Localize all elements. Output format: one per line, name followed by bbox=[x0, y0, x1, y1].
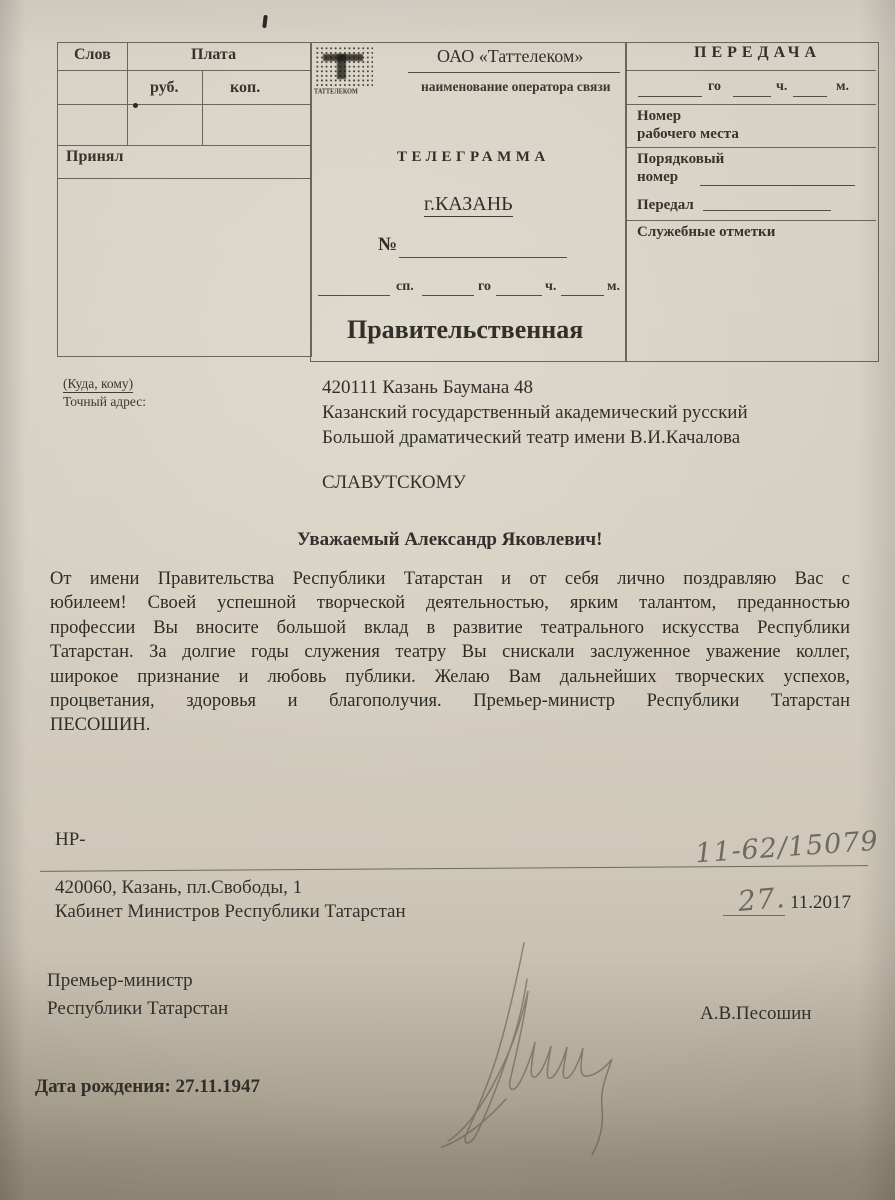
message-line: процветания, здоровья и благополучия. Пр… bbox=[50, 689, 850, 713]
message-line: Татарстан. За долгие годы служения театр… bbox=[50, 640, 850, 664]
message-line: От имени Правительства Республики Татарс… bbox=[50, 567, 850, 591]
city-text: г.КАЗАНЬ bbox=[424, 193, 513, 217]
transmitted-fill-line bbox=[703, 208, 831, 211]
transmission-title: ПЕРЕДАЧА bbox=[694, 44, 821, 62]
go-label: го bbox=[478, 279, 491, 295]
message-line: широкое признание и любовь публики. Жела… bbox=[50, 665, 850, 689]
message-line: юбилеем! Своей успешной творческой деяте… bbox=[50, 591, 850, 615]
ch-fill-line bbox=[496, 293, 542, 296]
hp-label: НР- bbox=[55, 829, 86, 851]
printed-month-year: 11.2017 bbox=[790, 892, 851, 914]
ink-dot bbox=[133, 103, 138, 108]
doc-type-title: ТЕЛЕГРАММА bbox=[397, 149, 550, 166]
footer-rule bbox=[40, 863, 868, 872]
address-line-1: 420111 Казань Баумана 48 bbox=[322, 377, 533, 399]
tariff-row-divider bbox=[58, 70, 310, 71]
sp-label: сп. bbox=[396, 279, 414, 295]
go-fill-line bbox=[422, 293, 474, 296]
message-line: профессии Вы вносите большой вклад в раз… bbox=[50, 616, 850, 640]
exact-address-label: Точный адрес: bbox=[63, 394, 146, 410]
kop-column-header: коп. bbox=[230, 79, 260, 97]
category-title: Правительственная bbox=[347, 315, 583, 345]
sender-address: 420060, Казань, пл.Свободы, 1 bbox=[55, 877, 302, 899]
tr-go-label: го bbox=[708, 79, 721, 95]
m-fill-line bbox=[561, 293, 604, 296]
serial-fill-line bbox=[700, 183, 855, 186]
tariff-col-divider bbox=[202, 70, 203, 145]
signer-title-2: Республики Татарстан bbox=[47, 998, 228, 1020]
tariff-col-divider bbox=[127, 42, 128, 145]
tr-ch-label: ч. bbox=[776, 79, 787, 95]
tariff-row-divider bbox=[58, 145, 310, 146]
salutation: Уважаемый Александр Яковлевич! bbox=[297, 529, 602, 551]
ch-label: ч. bbox=[545, 279, 556, 295]
transmission-divider bbox=[626, 104, 876, 105]
logo-t-stem bbox=[337, 54, 346, 79]
accepted-label: Принял bbox=[66, 148, 123, 166]
tr-m-fill-line bbox=[793, 94, 827, 97]
serial-number-label-2: номер bbox=[637, 169, 678, 186]
serial-number-label-1: Порядковый bbox=[637, 151, 724, 168]
address-line-3: Большой драматический театр имени В.И.Ка… bbox=[322, 427, 740, 449]
birth-date: Дата рождения: 27.11.1947 bbox=[35, 1076, 260, 1098]
pen-tick-mark bbox=[262, 15, 268, 28]
tattelecom-logo-icon bbox=[315, 46, 373, 86]
recipient-name: СЛАВУТСКОМУ bbox=[322, 472, 466, 494]
transmission-divider bbox=[626, 220, 876, 221]
m-label: м. bbox=[607, 279, 620, 295]
tariff-table bbox=[57, 42, 312, 357]
tariff-row-divider bbox=[58, 178, 310, 179]
message-body: От имени Правительства Республики Татарс… bbox=[50, 567, 850, 738]
rub-column-header: руб. bbox=[150, 79, 178, 97]
telegram-document: Слов Плата руб. коп. Принял ТАТТЕЛЕКОМ О… bbox=[0, 0, 895, 1200]
tr-ch-fill-line bbox=[733, 94, 771, 97]
sender-organization: Кабинет Министров Республики Татарстан bbox=[55, 901, 406, 923]
tr-m-label: м. bbox=[836, 79, 849, 95]
address-line-2: Казанский государственный академический … bbox=[322, 402, 748, 424]
number-sign: № bbox=[378, 234, 397, 256]
transmitted-label: Передал bbox=[637, 197, 694, 214]
handwritten-signature bbox=[420, 935, 660, 1165]
logo-caption: ТАТТЕЛЕКОМ bbox=[314, 88, 358, 96]
service-notes-label: Служебные отметки bbox=[637, 224, 775, 241]
operator-caption: наименование оператора связи bbox=[421, 79, 611, 95]
operator-underline bbox=[408, 70, 620, 73]
payment-column-header: Плата bbox=[191, 46, 236, 64]
words-column-header: Слов bbox=[74, 46, 111, 64]
tr-go-fill-line bbox=[638, 94, 702, 97]
sp-fill-line bbox=[318, 293, 390, 296]
transmission-divider bbox=[626, 70, 876, 71]
city-line: г.КАЗАНЬ bbox=[424, 193, 513, 216]
workplace-number-label-2: рабочего места bbox=[637, 126, 739, 143]
transmission-divider bbox=[626, 147, 876, 148]
date-underline bbox=[723, 913, 785, 916]
number-fill-line bbox=[399, 255, 567, 258]
signer-title-1: Премьер-министр bbox=[47, 970, 193, 992]
message-line: ПЕСОШИН. bbox=[50, 713, 850, 737]
where-to-label: (Куда, кому) bbox=[63, 376, 133, 392]
tariff-row-divider bbox=[58, 104, 310, 105]
workplace-number-label-1: Номер bbox=[637, 108, 681, 125]
operator-name: ОАО «Таттелеком» bbox=[437, 46, 583, 67]
signer-name: А.В.Песошин bbox=[700, 1003, 811, 1025]
